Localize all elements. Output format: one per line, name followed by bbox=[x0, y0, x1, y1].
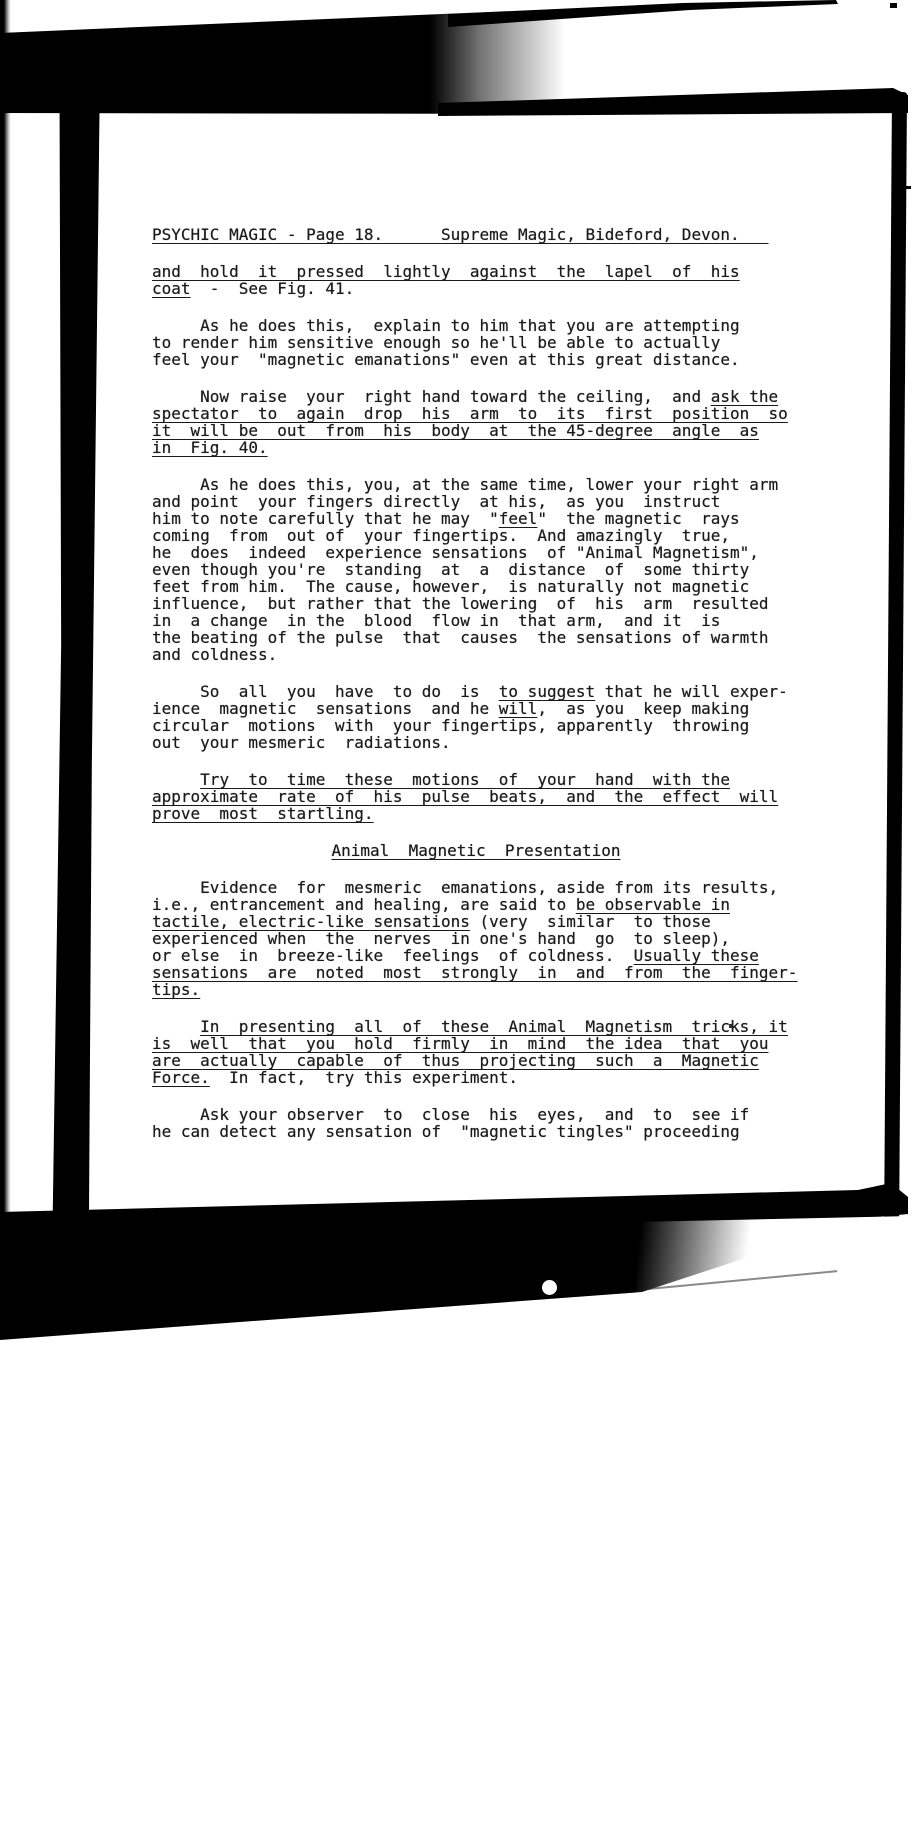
section-heading: Animal Magnetic Presentation bbox=[152, 842, 800, 859]
text-line: to render him sensitive enough so he'll … bbox=[152, 334, 800, 351]
text-line: approximate rate of his pulse beats, and… bbox=[152, 788, 800, 805]
underlined-text: Animal Magnetic Presentation bbox=[332, 841, 621, 860]
text-line: PSYCHIC MAGIC - Page 18. Supreme Magic, … bbox=[152, 226, 800, 243]
paragraph: Try to time these motions of your hand w… bbox=[152, 771, 800, 822]
text-segment: feel your "magnetic emanations" even at … bbox=[152, 350, 740, 369]
paragraph: As he does this, you, at the same time, … bbox=[152, 476, 800, 663]
text-line: feet from him. The cause, however, is na… bbox=[152, 578, 800, 595]
text-line: are actually capable of thus projecting … bbox=[152, 1052, 800, 1069]
text-line: Now raise your right hand toward the cei… bbox=[152, 388, 800, 405]
punch-hole bbox=[542, 1280, 557, 1295]
text-line: Force. In fact, try this experiment. bbox=[152, 1069, 800, 1086]
scan-right-border bbox=[884, 92, 907, 1220]
text-line: feel your "magnetic emanations" even at … bbox=[152, 351, 800, 368]
text-line: Ask your observer to close his eyes, and… bbox=[152, 1106, 800, 1123]
text-line: Try to time these motions of your hand w… bbox=[152, 771, 800, 788]
text-line: Evidence for mesmeric emanations, aside … bbox=[152, 879, 800, 896]
text-segment: - See Fig. 41. bbox=[191, 279, 355, 298]
paragraph: Now raise your right hand toward the cei… bbox=[152, 388, 800, 456]
text-line: he does indeed experience sensations of … bbox=[152, 544, 800, 561]
text-line: it will be out from his body at the 45-d… bbox=[152, 422, 800, 439]
text-line: ience magnetic sensations and he will, a… bbox=[152, 700, 800, 717]
scan-bottom-fade bbox=[636, 1216, 911, 1308]
text-segment: and coldness. bbox=[152, 645, 277, 664]
text-line: or else in breeze-like feelings of coldn… bbox=[152, 947, 800, 964]
underlined-text: in Fig. 40. bbox=[152, 438, 268, 457]
text-line: the beating of the pulse that causes the… bbox=[152, 629, 800, 646]
text-segment: In fact, try this experiment. bbox=[210, 1068, 518, 1087]
paragraph: So all you have to do is to suggest that… bbox=[152, 683, 800, 751]
text-line: experienced when the nerves in one's han… bbox=[152, 930, 800, 947]
text-line: circular motions with your fingertips, a… bbox=[152, 717, 800, 734]
text-line: So all you have to do is to suggest that… bbox=[152, 683, 800, 700]
scanned-document: PSYCHIC MAGIC - Page 18. Supreme Magic, … bbox=[0, 0, 918, 1836]
scan-film-strip bbox=[50, 106, 99, 1302]
underlined-text bbox=[383, 225, 441, 244]
paragraph: Evidence for mesmeric emanations, aside … bbox=[152, 879, 800, 998]
text-line: spectator to again drop his arm to its f… bbox=[152, 405, 800, 422]
text-line: him to note carefully that he may "feel"… bbox=[152, 510, 800, 527]
underlined-text: prove most startling. bbox=[152, 804, 374, 823]
text-line: coming from out of your fingertips. And … bbox=[152, 527, 800, 544]
text-line: tactile, electric-like sensations (very … bbox=[152, 913, 800, 930]
text-line: out your mesmeric radiations. bbox=[152, 734, 800, 751]
text-segment: out your mesmeric radiations. bbox=[152, 733, 451, 752]
underlined-text: Supreme Magic, Bideford, Devon. bbox=[441, 225, 740, 244]
paragraph: and hold it pressed lightly against the … bbox=[152, 263, 800, 297]
underlined-text: PSYCHIC MAGIC - Page 18. bbox=[152, 225, 383, 244]
paragraph: In presenting all of these Animal Magnet… bbox=[152, 1018, 800, 1086]
page-header: PSYCHIC MAGIC - Page 18. Supreme Magic, … bbox=[152, 226, 800, 243]
underlined-text bbox=[740, 225, 769, 244]
paragraph: Ask your observer to close his eyes, and… bbox=[152, 1106, 800, 1140]
text-line: influence, but rather that the lowering … bbox=[152, 595, 800, 612]
scan-artifact-dot bbox=[904, 186, 911, 189]
text-segment: he can detect any sensation of "magnetic… bbox=[152, 1122, 740, 1141]
text-line: i.e., entrancement and healing, are said… bbox=[152, 896, 800, 913]
text-line: sensations are noted most strongly in an… bbox=[152, 964, 800, 981]
text-line: and hold it pressed lightly against the … bbox=[152, 263, 800, 280]
underlined-text: sensations are noted most strongly in an… bbox=[152, 963, 797, 982]
text-line: Animal Magnetic Presentation bbox=[152, 842, 800, 859]
text-line: in a change in the blood flow in that ar… bbox=[152, 612, 800, 629]
text-line: As he does this, explain to him that you… bbox=[152, 317, 800, 334]
text-line: prove most startling. bbox=[152, 805, 800, 822]
text-line: tips. bbox=[152, 981, 800, 998]
text-line: and point your fingers directly at his, … bbox=[152, 493, 800, 510]
text-line: In presenting all of these Animal Magnet… bbox=[152, 1018, 800, 1035]
text-line: in Fig. 40. bbox=[152, 439, 800, 456]
document-page-text: PSYCHIC MAGIC - Page 18. Supreme Magic, … bbox=[152, 226, 812, 1160]
text-line: is well that you hold firmly in mind the… bbox=[152, 1035, 800, 1052]
scan-left-edge bbox=[0, 0, 11, 1236]
underlined-text: tips. bbox=[152, 980, 200, 999]
text-line: he can detect any sensation of "magnetic… bbox=[152, 1123, 800, 1140]
underlined-text: coat bbox=[152, 279, 191, 298]
text-line: coat - See Fig. 41. bbox=[152, 280, 800, 297]
underlined-text: Force. bbox=[152, 1068, 210, 1087]
text-line: even though you're standing at a distanc… bbox=[152, 561, 800, 578]
paragraph: As he does this, explain to him that you… bbox=[152, 317, 800, 368]
text-line: As he does this, you, at the same time, … bbox=[152, 476, 800, 493]
scan-artifact-dot bbox=[890, 3, 897, 8]
text-line: and coldness. bbox=[152, 646, 800, 663]
